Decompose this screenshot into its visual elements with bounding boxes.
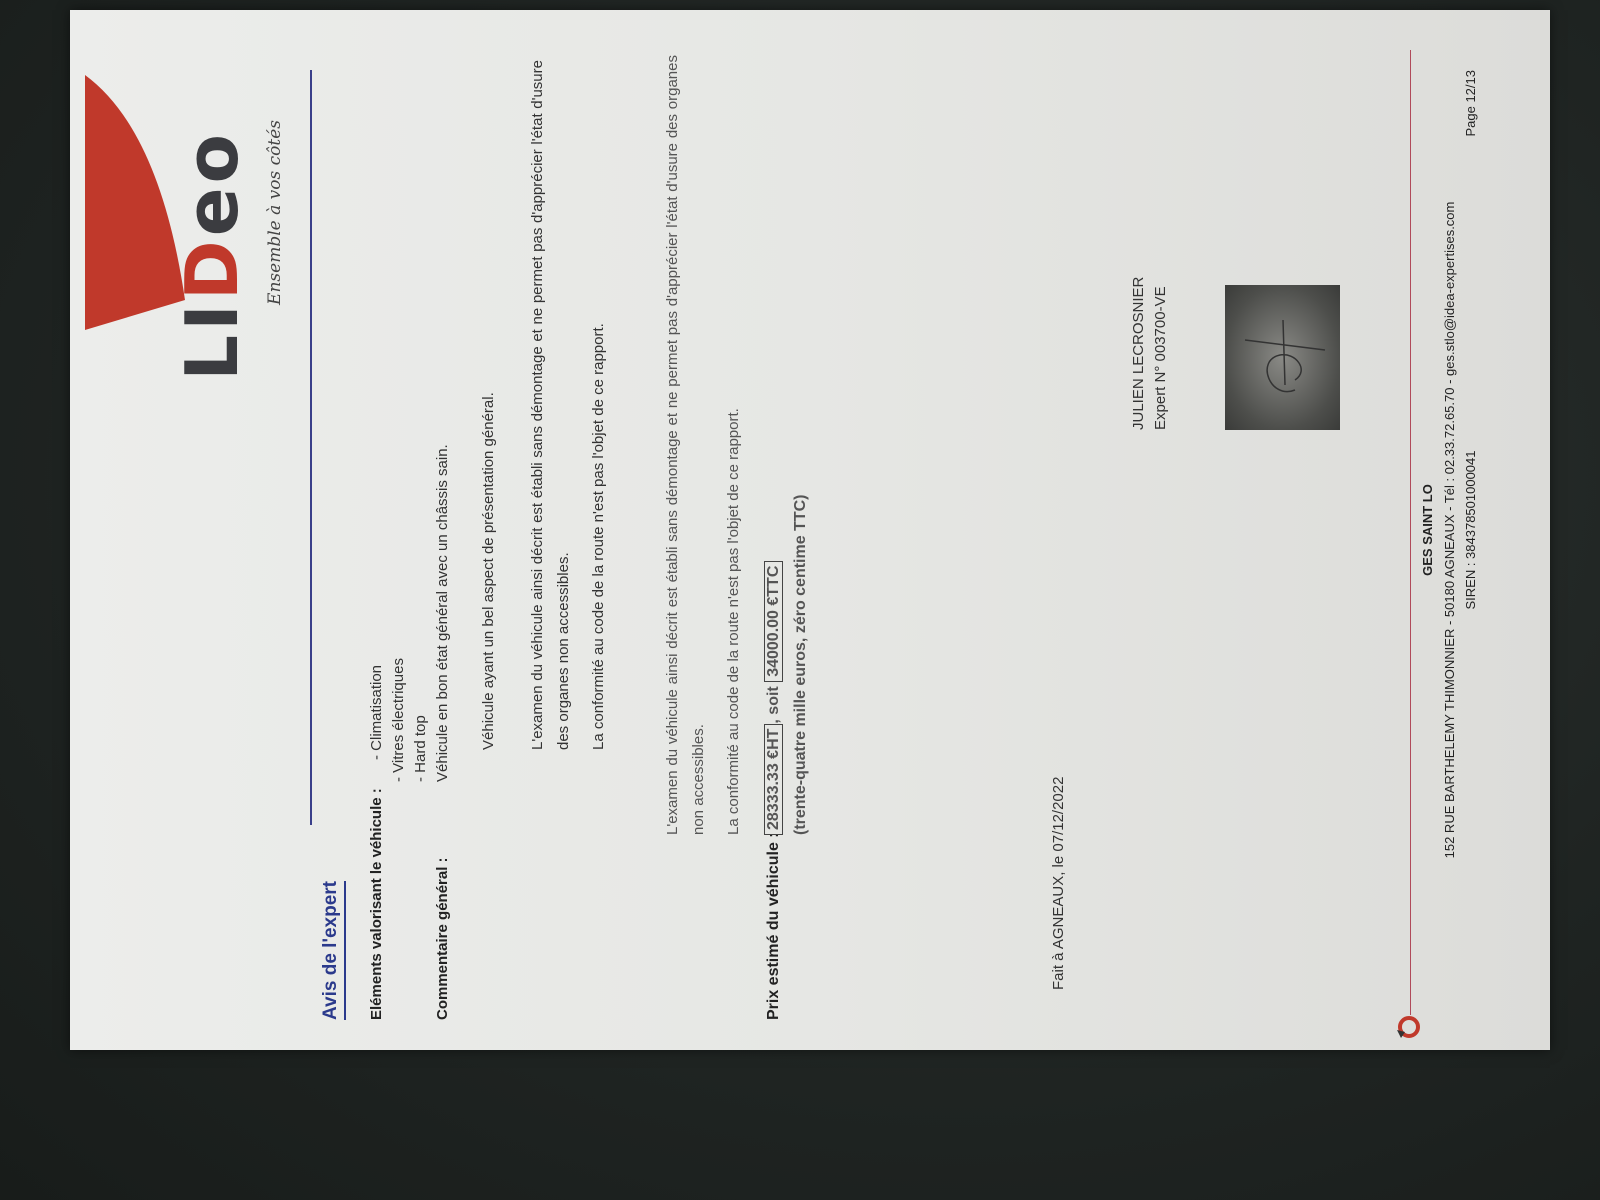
prix-values: 28333.33 €HT, soit 34000.00 €TTC <box>765 561 783 835</box>
valorisant-item: - Hard top <box>412 715 429 782</box>
prix-ht: 28333.33 €HT <box>764 724 783 835</box>
footer-company: GES SAINT LO <box>1420 10 1435 1050</box>
commentaire-line: Véhicule ayant un bel aspect de présenta… <box>480 392 497 750</box>
commentaire-paragraph: L'examen du véhicule ainsi décrit est ét… <box>525 60 577 750</box>
footer-address: 152 RUE BARTHELEMY THIMONNIER - 50180 AG… <box>1442 10 1457 1050</box>
logo-text-prefix: LI <box>170 300 254 381</box>
fait-a-date: Fait à AGNEAUX, le 07/12/2022 <box>1050 777 1067 990</box>
document-page: LIDeo Ensemble à vos côtés Avis de l'exp… <box>70 10 1550 1050</box>
commentaire-line: La conformité au code de la route n'est … <box>725 408 742 835</box>
page-number: Page 12/13 <box>1463 70 1478 137</box>
footer-siren: SIREN : 384378501000041 <box>1463 10 1478 1050</box>
expert-number: Expert N° 003700-VE <box>1152 286 1169 430</box>
logo-text-mid: D <box>170 236 254 300</box>
valorisants-label: Eléments valorisant le véhicule : <box>368 788 385 1020</box>
section-title: Avis de l'expert <box>320 881 346 1020</box>
commentaire-line: La conformité au code de la route n'est … <box>590 323 607 750</box>
signature-icon <box>1225 285 1340 430</box>
footer-divider <box>1410 50 1411 1015</box>
signature-image <box>1225 285 1340 430</box>
expert-name: JULIEN LECROSNIER <box>1130 277 1147 430</box>
commentaire-label: Commentaire général : <box>434 857 451 1020</box>
logo-text-suffix: eo <box>170 130 254 236</box>
footer-logo-icon <box>1395 1014 1421 1040</box>
header-divider <box>310 70 312 825</box>
logo-tagline: Ensemble à vos côtés <box>265 120 285 305</box>
valorisant-item: - Vitres électriques <box>390 658 407 782</box>
commentaire-paragraph: L'examen du véhicule ainsi décrit est ét… <box>660 55 712 835</box>
prix-ttc: 34000.00 €TTC <box>764 561 783 682</box>
company-logo: LIDeo <box>170 130 254 381</box>
prix-separator: , soit <box>765 686 782 723</box>
prix-label: Prix estimé du véhicule : <box>765 832 783 1020</box>
valorisant-item: - Climatisation <box>368 665 385 760</box>
commentaire-line: Véhicule en bon état général avec un châ… <box>434 444 451 782</box>
prix-words: (trente-quatre mille euros, zéro centime… <box>792 494 810 835</box>
